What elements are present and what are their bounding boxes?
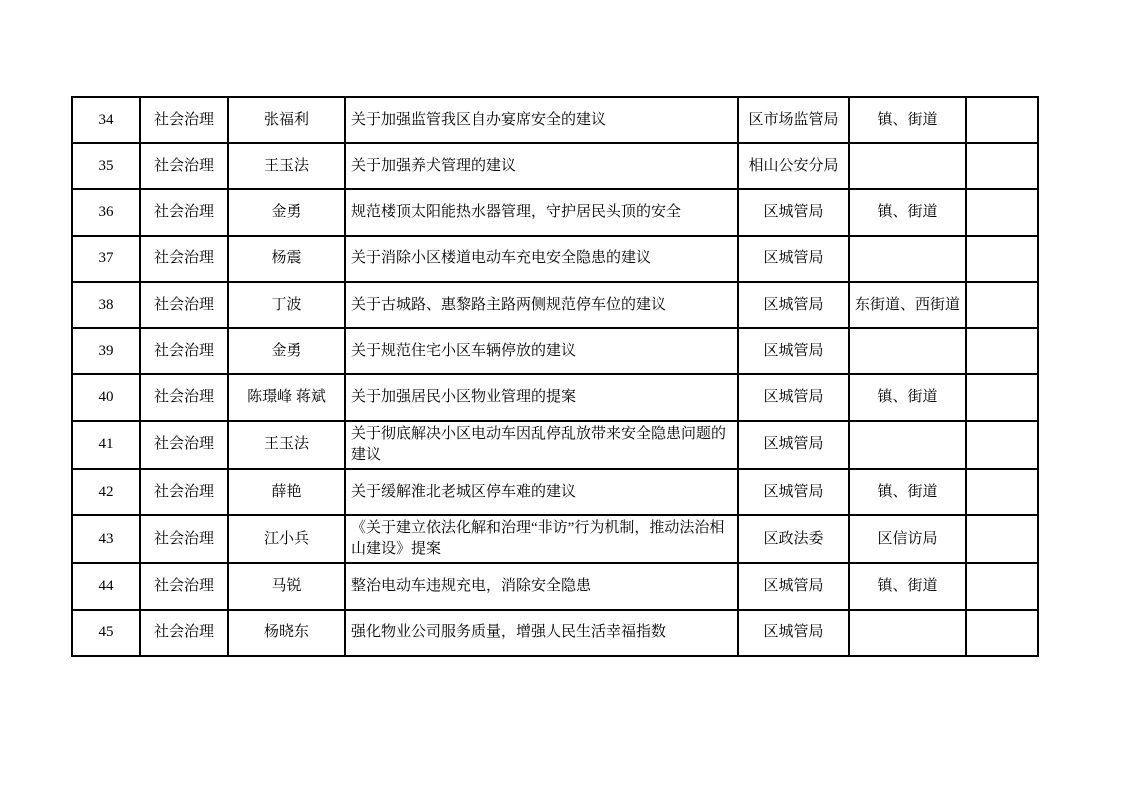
cell-row-number: 41 [72,421,140,469]
cell-proposer: 王玉法 [228,421,345,469]
cell-co-organizer: 区信访局 [849,515,966,563]
proposals-table-body: 34社会治理张福利关于加强监管我区自办宴席安全的建议区市场监管局镇、街道35社会… [72,97,1038,656]
cell-proposal-title: 关于加强居民小区物业管理的提案 [345,374,738,420]
cell-co-organizer [849,236,966,282]
table-row: 34社会治理张福利关于加强监管我区自办宴席安全的建议区市场监管局镇、街道 [72,97,1038,143]
cell-lead-department: 区城管局 [738,563,849,609]
cell-note [966,236,1038,282]
table-row: 45社会治理杨晓东强化物业公司服务质量，增强人民生活幸福指数区城管局 [72,610,1038,656]
cell-proposal-title: 关于加强养犬管理的建议 [345,143,738,189]
cell-proposal-title: 关于规范住宅小区车辆停放的建议 [345,328,738,374]
table-row: 44社会治理马锐整治电动车违规充电，消除安全隐患区城管局镇、街道 [72,563,1038,609]
cell-lead-department: 区城管局 [738,610,849,656]
table-row: 38社会治理丁波关于古城路、惠黎路主路两侧规范停车位的建议区城管局东街道、西街道 [72,282,1038,328]
cell-proposal-title: 关于彻底解决小区电动车因乱停乱放带来安全隐患问题的建议 [345,421,738,469]
cell-note [966,469,1038,515]
table-row: 43社会治理江小兵《关于建立依法化解和治理“非访”行为机制，推动法治相山建设》提… [72,515,1038,563]
cell-category: 社会治理 [140,421,228,469]
cell-co-organizer: 镇、街道 [849,563,966,609]
table-row: 42社会治理薛艳关于缓解淮北老城区停车难的建议区城管局镇、街道 [72,469,1038,515]
cell-row-number: 40 [72,374,140,420]
cell-row-number: 42 [72,469,140,515]
cell-category: 社会治理 [140,563,228,609]
cell-proposal-title: 关于消除小区楼道电动车充电安全隐患的建议 [345,236,738,282]
cell-proposal-title: 关于古城路、惠黎路主路两侧规范停车位的建议 [345,282,738,328]
cell-note [966,189,1038,235]
cell-row-number: 36 [72,189,140,235]
cell-lead-department: 区城管局 [738,328,849,374]
cell-lead-department: 区城管局 [738,421,849,469]
cell-proposer: 马锐 [228,563,345,609]
cell-co-organizer [849,328,966,374]
proposals-table: 34社会治理张福利关于加强监管我区自办宴席安全的建议区市场监管局镇、街道35社会… [71,96,1039,657]
cell-row-number: 39 [72,328,140,374]
cell-note [966,515,1038,563]
cell-proposer: 杨震 [228,236,345,282]
cell-co-organizer: 镇、街道 [849,374,966,420]
cell-lead-department: 区城管局 [738,189,849,235]
cell-proposer: 陈璟峰 蒋斌 [228,374,345,420]
table-row: 40社会治理陈璟峰 蒋斌关于加强居民小区物业管理的提案区城管局镇、街道 [72,374,1038,420]
cell-note [966,374,1038,420]
cell-note [966,421,1038,469]
cell-proposal-title: 强化物业公司服务质量，增强人民生活幸福指数 [345,610,738,656]
table-row: 35社会治理王玉法关于加强养犬管理的建议相山公安分局 [72,143,1038,189]
cell-lead-department: 相山公安分局 [738,143,849,189]
cell-proposer: 丁波 [228,282,345,328]
cell-category: 社会治理 [140,515,228,563]
table-row: 41社会治理王玉法关于彻底解决小区电动车因乱停乱放带来安全隐患问题的建议区城管局 [72,421,1038,469]
cell-proposal-title: 规范楼顶太阳能热水器管理，守护居民头顶的安全 [345,189,738,235]
cell-note [966,563,1038,609]
cell-category: 社会治理 [140,469,228,515]
cell-proposer: 江小兵 [228,515,345,563]
cell-proposal-title: 《关于建立依法化解和治理“非访”行为机制，推动法治相山建设》提案 [345,515,738,563]
cell-category: 社会治理 [140,610,228,656]
table-row: 39社会治理金勇关于规范住宅小区车辆停放的建议区城管局 [72,328,1038,374]
cell-proposer: 金勇 [228,189,345,235]
cell-proposal-title: 关于加强监管我区自办宴席安全的建议 [345,97,738,143]
cell-note [966,143,1038,189]
table-row: 37社会治理杨震关于消除小区楼道电动车充电安全隐患的建议区城管局 [72,236,1038,282]
cell-row-number: 43 [72,515,140,563]
cell-row-number: 44 [72,563,140,609]
cell-note [966,97,1038,143]
cell-category: 社会治理 [140,97,228,143]
cell-lead-department: 区政法委 [738,515,849,563]
cell-row-number: 37 [72,236,140,282]
cell-lead-department: 区城管局 [738,236,849,282]
cell-proposer: 金勇 [228,328,345,374]
cell-co-organizer: 镇、街道 [849,97,966,143]
cell-category: 社会治理 [140,374,228,420]
cell-category: 社会治理 [140,189,228,235]
cell-proposer: 薛艳 [228,469,345,515]
document-page: 34社会治理张福利关于加强监管我区自办宴席安全的建议区市场监管局镇、街道35社会… [0,0,1122,793]
cell-lead-department: 区市场监管局 [738,97,849,143]
cell-co-organizer: 东街道、西街道 [849,282,966,328]
cell-co-organizer [849,610,966,656]
cell-proposal-title: 整治电动车违规充电，消除安全隐患 [345,563,738,609]
cell-proposer: 杨晓东 [228,610,345,656]
cell-proposal-title: 关于缓解淮北老城区停车难的建议 [345,469,738,515]
cell-row-number: 45 [72,610,140,656]
cell-co-organizer [849,143,966,189]
cell-lead-department: 区城管局 [738,469,849,515]
cell-lead-department: 区城管局 [738,374,849,420]
cell-note [966,610,1038,656]
cell-co-organizer: 镇、街道 [849,189,966,235]
cell-proposer: 张福利 [228,97,345,143]
table-row: 36社会治理金勇规范楼顶太阳能热水器管理，守护居民头顶的安全区城管局镇、街道 [72,189,1038,235]
cell-category: 社会治理 [140,236,228,282]
cell-category: 社会治理 [140,328,228,374]
cell-co-organizer [849,421,966,469]
cell-row-number: 35 [72,143,140,189]
cell-proposer: 王玉法 [228,143,345,189]
cell-co-organizer: 镇、街道 [849,469,966,515]
cell-category: 社会治理 [140,143,228,189]
cell-row-number: 38 [72,282,140,328]
cell-lead-department: 区城管局 [738,282,849,328]
cell-note [966,282,1038,328]
cell-row-number: 34 [72,97,140,143]
cell-note [966,328,1038,374]
cell-category: 社会治理 [140,282,228,328]
